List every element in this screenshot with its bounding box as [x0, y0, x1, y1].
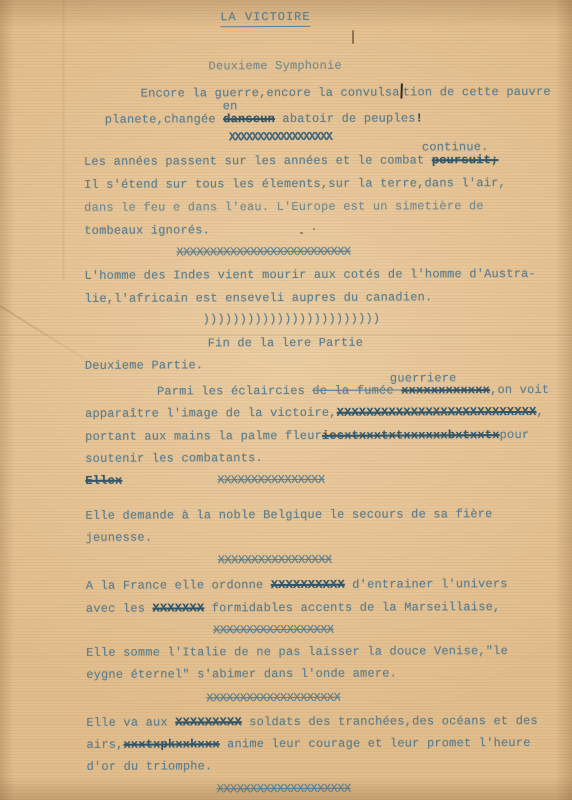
- paragraph-3-line-2: lie,l'africain est enseveli aupres du ca…: [85, 290, 433, 306]
- paragraph-2-line-2: Il s'étend sur tous les élements,sur la …: [84, 176, 506, 192]
- paragraph-4-line-3: portant aux mains la palme fleuriesxtxxx…: [85, 428, 529, 444]
- p4-l2-struck-x: XXXXXXXXXXXXXXXXXXXXXXXXXXX: [337, 405, 537, 420]
- p4-l1b: ,on voit: [490, 383, 549, 397]
- paragraph-8-line-3: d'or du triomphe.: [87, 759, 213, 774]
- part2-heading: Deuxieme Partie.: [85, 358, 203, 373]
- struck-word-ellex: Ellex: [85, 474, 122, 489]
- divider-x-row: XXXXXXXXXXXXXXXXXX: [229, 130, 332, 145]
- p4-l1a: Parmi les éclaircies: [157, 384, 312, 399]
- p6-l2b: formidables accents de la Marseillaise,: [204, 600, 500, 615]
- p8-l2a: airs,: [86, 738, 123, 752]
- p8-l1a: Elle va aux: [86, 715, 175, 729]
- p4-l1-struck-x: xxxxxxxxxxxx: [401, 383, 490, 397]
- paragraph-6-line-1: A la France elle ordonne XXXXXXXXXX d'en…: [86, 577, 508, 593]
- divider-x-row: XXXXXXXXXXXXXXXX: [217, 473, 324, 488]
- divider-x-row: XXXXXXXXXXXXXXXXXXXXXXXXXX: [176, 245, 350, 260]
- p8-l1-struck-x: XXXXXXXXX: [175, 715, 242, 729]
- paragraph-4-line-4: soutenir les combatants.: [85, 451, 263, 466]
- fin-de-partie-label: Fin de la lere Partie: [208, 336, 363, 351]
- p6-l1a: A la France elle ordonne: [86, 578, 271, 593]
- paragraph-2-line-3: dans le feu e dans l'eau. L'Europe est u…: [84, 199, 484, 215]
- p1-l2-struck-text: danseun: [223, 112, 275, 126]
- divider-x-row: XXXXXXXXXXXXXXXXXX: [213, 623, 334, 638]
- p6-l1-struck-x: XXXXXXXXXX: [271, 578, 345, 592]
- p6-l1b: d'entrainer l'univers: [345, 577, 508, 592]
- p1-l1b: tion de cette pauvre: [403, 85, 551, 100]
- p4-l2b: ,: [537, 405, 544, 419]
- p6-l2a: avec les: [86, 602, 153, 616]
- p4-l3-struck-x: iesxtxxxtxtxxxxxxbxtxxtx: [322, 428, 500, 443]
- p1-l2-overstruck-punct: !: [416, 111, 423, 125]
- paragraph-1-line-1: Encore la guerre,encore la convulsation …: [141, 83, 551, 101]
- p8-l1b: soldats des tranchées,des océans et des: [242, 714, 538, 729]
- divider-x-row: XXXXXXXXXXXXXXXXXXXX: [206, 691, 340, 706]
- page-title: LA VICTOIRE: [220, 10, 310, 28]
- p2-l1-struck-text: poursuit;: [432, 153, 499, 167]
- p1-l1a: Encore la guerre,encore la convulsa: [141, 86, 400, 101]
- p4-l3a: portant aux mains la palme fleur: [85, 429, 322, 444]
- paragraph-8-line-1: Elle va aux XXXXXXXXX soldats des tranch…: [86, 714, 538, 730]
- paragraph-5-line-2: jeunesse.: [86, 531, 153, 546]
- subtitle: Deuxieme Symphonie: [209, 59, 342, 74]
- divider-x-row: XXXXXXXXXXXXXXXXXXXX: [217, 782, 351, 797]
- p6-l2-struck-x: XXXXXXX: [153, 601, 205, 615]
- divider-x-row: XXXXXXXXXXXXXXXXX: [218, 553, 332, 568]
- paragraph-4-line-2: apparaître l'image de la victoire,XXXXXX…: [85, 405, 544, 421]
- p2-l1a: Les années passent sur les années et le …: [84, 153, 432, 169]
- p8-l2b: anime leur courage et leur promet l'heur…: [220, 736, 531, 751]
- paragraph-3-line-1: L'homme des Indes vient mourir aux cotés…: [84, 267, 536, 283]
- p1-l2b: abatoir de peuples: [275, 111, 416, 126]
- p8-l2-struck-x: xxxtxpkxxkxxx: [123, 737, 219, 751]
- paragraph-7-line-2: eygne éternel" s'abimer dans l'onde amer…: [86, 667, 397, 683]
- paragraph-2-line-1: Les années passent sur les années et le …: [84, 153, 499, 169]
- scanned-document-page: LA VICTOIRE Deuxieme Symphonie Encore la…: [0, 0, 572, 800]
- paragraph-6-line-2: avec les XXXXXXX formidables accents de …: [86, 600, 501, 616]
- paragraph-2-line-4: tombeaux ignorés.: [84, 223, 210, 238]
- p4-l1-struck-words: de la fumée: [312, 383, 401, 397]
- paragraph-8-line-2: airs,xxxtxpkxxkxxx anime leur courage et…: [86, 736, 530, 752]
- paragraph-4-line-1: Parmi les éclaircies de la fumée xxxxxxx…: [157, 383, 549, 399]
- p1-l2a: planete,changée: [105, 112, 223, 127]
- divider-parenthesis-row: )))))))))))))))))))))))): [203, 312, 381, 327]
- typewritten-text-layer: LA VICTOIRE Deuxieme Symphonie Encore la…: [0, 0, 572, 800]
- p4-l2a: apparaître l'image de la victoire,: [85, 406, 337, 421]
- paragraph-7-line-1: Elle somme l'Italie de ne pas laisser la…: [86, 644, 508, 660]
- paragraph-1-line-2: planete,changée danseun abatoir de peupl…: [105, 111, 423, 127]
- p4-l3b: pour: [500, 428, 530, 442]
- paragraph-5-line-1: Elle demande à la noble Belgique le seco…: [85, 507, 492, 523]
